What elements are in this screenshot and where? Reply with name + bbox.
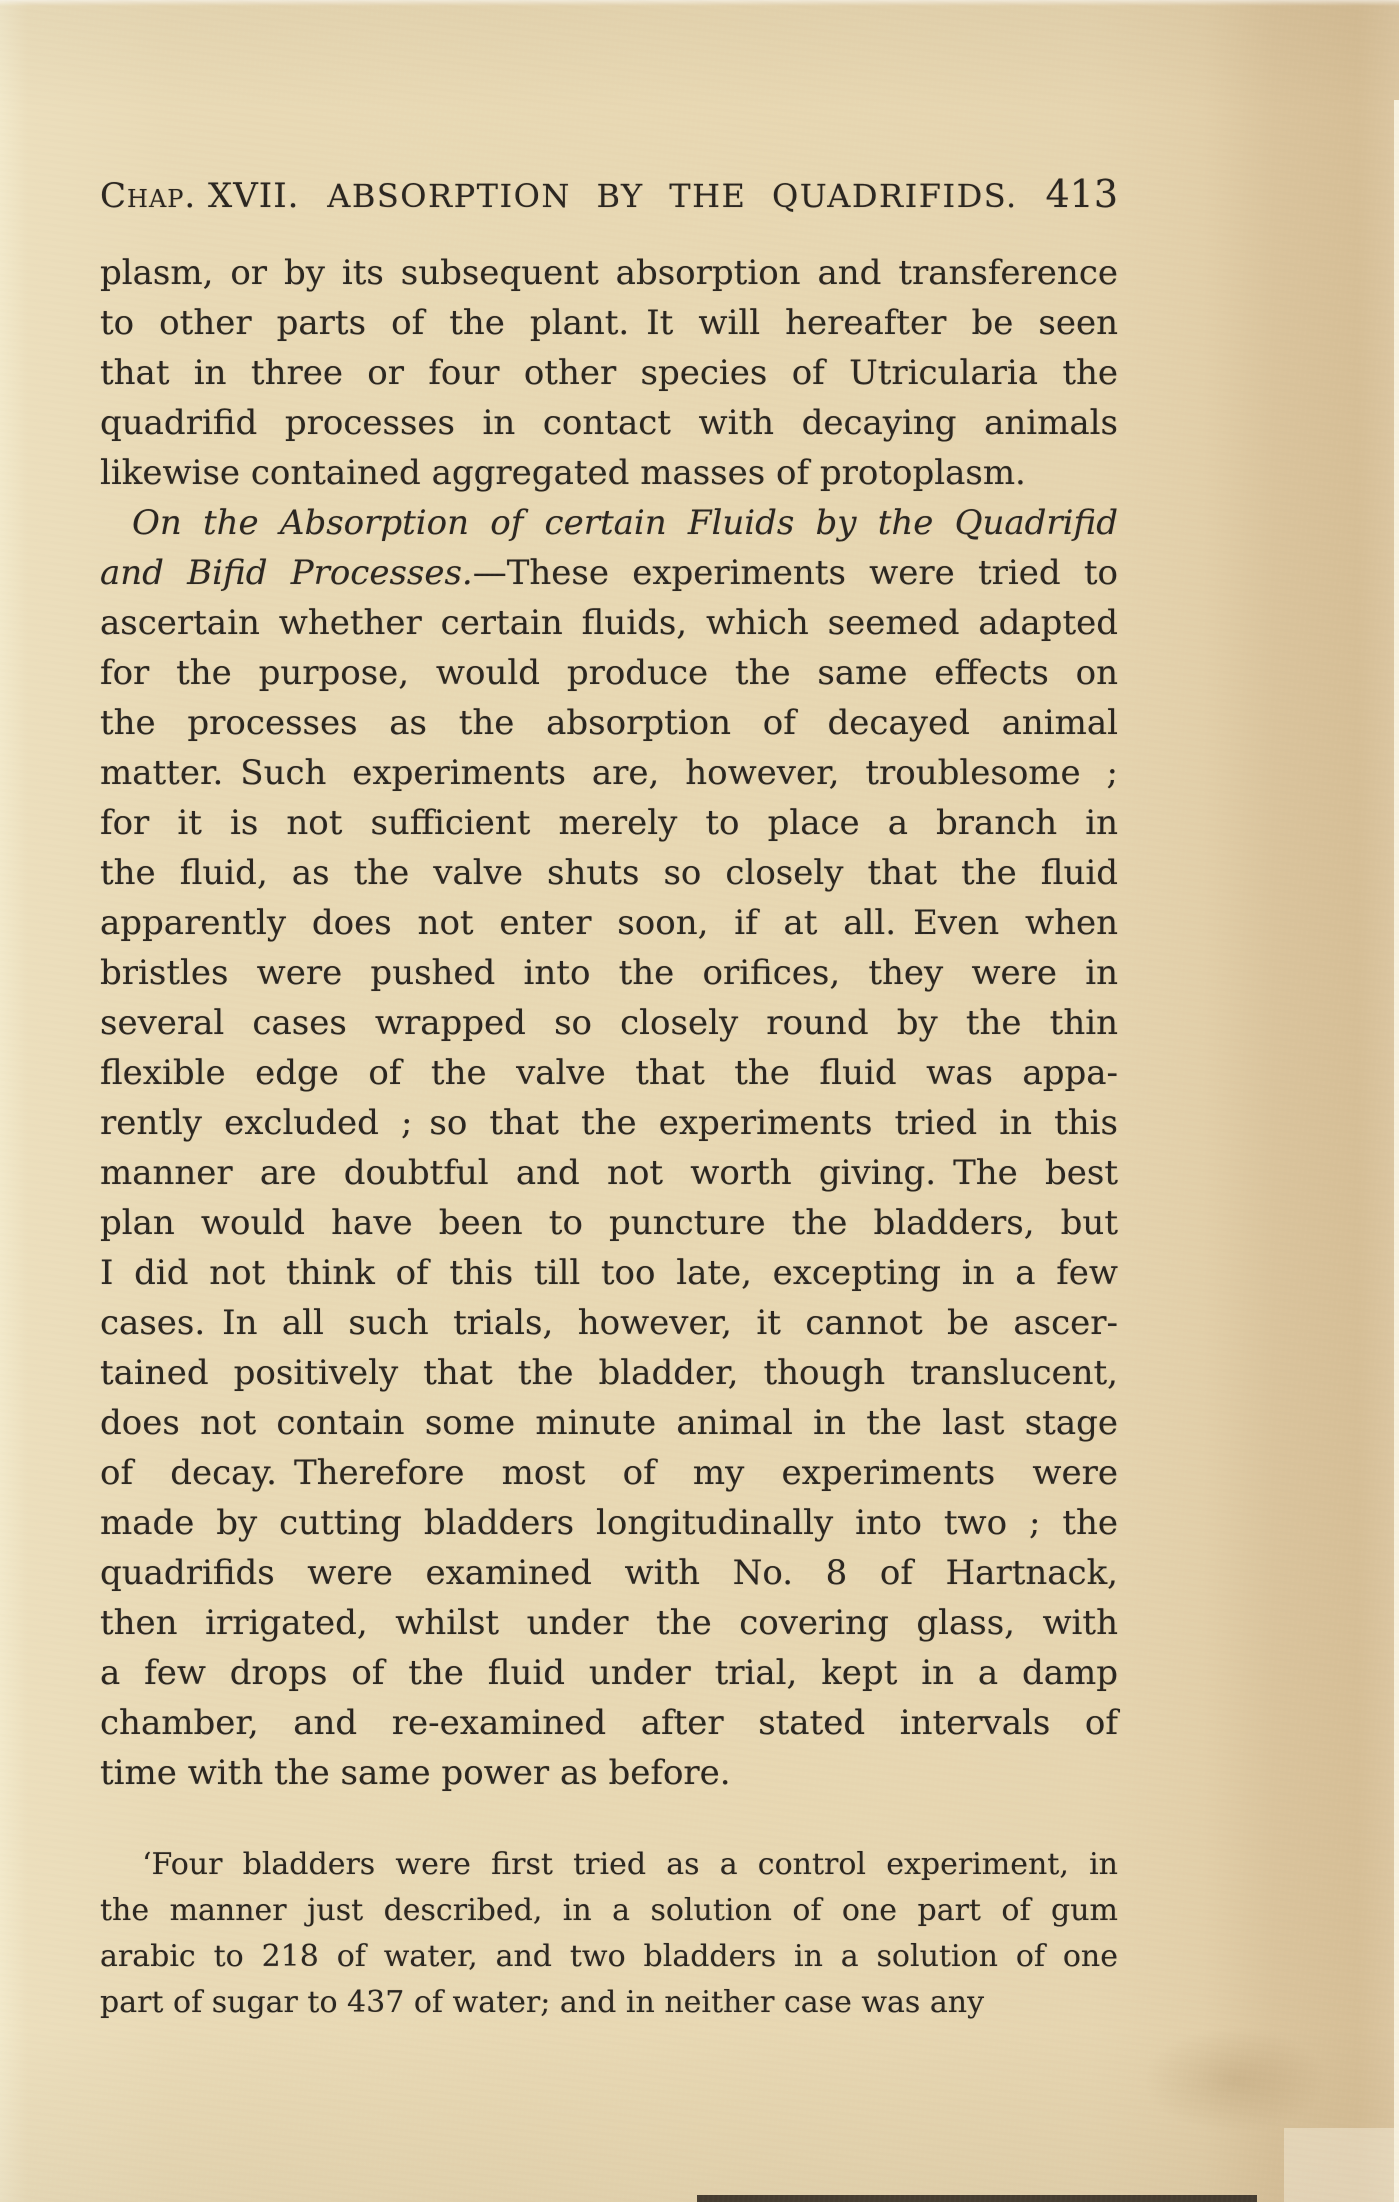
text-line: I did not think of this till too late, e… <box>100 1248 1118 1298</box>
text-line: flexible edge of the valve that the flui… <box>100 1048 1118 1098</box>
paragraph: plasm, or by its subsequent absorption a… <box>100 248 1118 498</box>
text-segment: the processes as the absorption of decay… <box>100 703 1118 743</box>
text-line: time with the same power as before. <box>100 1748 1118 1798</box>
text-segment: quadrifid processes in contact with deca… <box>100 403 1118 443</box>
book-page-scan: Chap. XVII. ABSORPTION BY THE QUADRIFIDS… <box>0 0 1399 2202</box>
text-segment: the manner just described, in a solution… <box>100 1893 1118 1928</box>
text-segment: ascertain whether certain fluids, which … <box>100 603 1118 643</box>
text-line: chamber, and re-examined after stated in… <box>100 1698 1118 1748</box>
text-line: quadrifid processes in contact with deca… <box>100 398 1118 448</box>
text-segment: manner are doubtful and not worth giving… <box>100 1153 1118 1193</box>
paragraph: ‘Four bladders were first tried as a con… <box>100 1842 1118 2026</box>
text-segment: I did not think of this till too late, e… <box>100 1253 1118 1293</box>
text-segment: rently excluded ; so that the experiment… <box>100 1103 1118 1143</box>
text-line: likewise contained aggregated masses of … <box>100 448 1118 498</box>
page-edge-highlight <box>1394 100 1399 2202</box>
text-segment: cases. In all such trials, however, it c… <box>100 1303 1118 1343</box>
text-line: and Bifid Processes.—These experiments w… <box>100 548 1118 598</box>
text-segment: the fluid, as the valve shuts so closely… <box>100 853 1118 893</box>
text-segment: flexible edge of the valve that the flui… <box>100 1053 1118 1093</box>
text-segment: time with the same power as before. <box>100 1753 731 1793</box>
text-line: manner are doubtful and not worth giving… <box>100 1148 1118 1198</box>
text-line: ascertain whether certain fluids, which … <box>100 598 1118 648</box>
text-line: tained positively that the bladder, thou… <box>100 1348 1118 1398</box>
text-segment: that in three or four other species of U… <box>100 353 1118 393</box>
text-segment: does not contain some minute animal in t… <box>100 1403 1118 1443</box>
text-segment: made by cutting bladders longitudinally … <box>100 1503 1118 1543</box>
text-line: On the Absorption of certain Fluids by t… <box>100 498 1118 548</box>
text-segment: a few drops of the fluid under trial, ke… <box>100 1653 1118 1693</box>
text-segment: to other parts of the plant. It will her… <box>100 303 1118 343</box>
text-line: arabic to 218 of water, and two bladders… <box>100 1934 1118 1980</box>
text-segment: matter. Such experiments are, however, t… <box>100 753 1118 793</box>
scan-edge-shadow <box>697 2195 1257 2202</box>
text-segment: several cases wrapped so closely round b… <box>100 1003 1118 1043</box>
text-line: of decay. Therefore most of my experimen… <box>100 1448 1118 1498</box>
page-header: Chap. XVII. ABSORPTION BY THE QUADRIFIDS… <box>100 172 1118 216</box>
text-segment: part of sugar to 437 of water; and in ne… <box>100 1985 984 2020</box>
text-line: for the purpose, would produce the same … <box>100 648 1118 698</box>
text-line: plasm, or by its subsequent absorption a… <box>100 248 1118 298</box>
text-line: ‘Four bladders were first tried as a con… <box>100 1842 1118 1888</box>
page-number: 413 <box>1045 172 1118 216</box>
italic-text: On the Absorption of certain Fluids by t… <box>132 503 1118 543</box>
text-line: the processes as the absorption of decay… <box>100 698 1118 748</box>
text-segment: for the purpose, would produce the same … <box>100 653 1118 693</box>
text-line: the fluid, as the valve shuts so closely… <box>100 848 1118 898</box>
text-segment: ‘Four bladders were first tried as a con… <box>142 1847 1118 1882</box>
text-segment: tained positively that the bladder, thou… <box>100 1353 1118 1393</box>
text-line: for it is not sufficient merely to place… <box>100 798 1118 848</box>
text-segment: —These experiments were tried to <box>473 553 1118 593</box>
text-line: part of sugar to 437 of water; and in ne… <box>100 1980 1118 2026</box>
text-segment: plan would have been to puncture the bla… <box>100 1203 1118 1243</box>
page-text: plasm, or by its subsequent absorption a… <box>100 248 1118 2026</box>
italic-text: and Bifid Processes. <box>100 553 473 593</box>
text-line: plan would have been to puncture the bla… <box>100 1198 1118 1248</box>
scan-bottom-corner <box>1284 2128 1399 2202</box>
text-segment: arabic to 218 of water, and two bladders… <box>100 1939 1118 1974</box>
text-line: quadrifids were examined with No. 8 of H… <box>100 1548 1118 1598</box>
text-segment: bristles were pushed into the orifices, … <box>100 953 1118 993</box>
text-segment: for it is not sufficient merely to place… <box>100 803 1118 843</box>
chapter-label: Chap. XVII. <box>100 176 299 216</box>
text-segment: then irrigated, whilst under the coverin… <box>100 1603 1118 1643</box>
text-line: made by cutting bladders longitudinally … <box>100 1498 1118 1548</box>
paragraph: On the Absorption of certain Fluids by t… <box>100 498 1118 1798</box>
text-segment: of decay. Therefore most of my experimen… <box>100 1453 1118 1493</box>
text-segment: quadrifids were examined with No. 8 of H… <box>100 1553 1118 1593</box>
text-line: matter. Such experiments are, however, t… <box>100 748 1118 798</box>
text-line: that in three or four other species of U… <box>100 348 1118 398</box>
text-segment: likewise contained aggregated masses of … <box>100 453 1026 493</box>
text-line: a few drops of the fluid under trial, ke… <box>100 1648 1118 1698</box>
text-line: rently excluded ; so that the experiment… <box>100 1098 1118 1148</box>
text-line: does not contain some minute animal in t… <box>100 1398 1118 1448</box>
text-segment: chamber, and re-examined after stated in… <box>100 1703 1118 1743</box>
text-line: apparently does not enter soon, if at al… <box>100 898 1118 948</box>
text-line: several cases wrapped so closely round b… <box>100 998 1118 1048</box>
text-line: to other parts of the plant. It will her… <box>100 298 1118 348</box>
text-segment: plasm, or by its subsequent absorption a… <box>100 253 1118 293</box>
text-line: bristles were pushed into the orifices, … <box>100 948 1118 998</box>
text-line: then irrigated, whilst under the coverin… <box>100 1598 1118 1648</box>
text-line: cases. In all such trials, however, it c… <box>100 1298 1118 1348</box>
running-title: ABSORPTION BY THE QUADRIFIDS. <box>299 177 1045 215</box>
text-segment: apparently does not enter soon, if at al… <box>100 903 1118 943</box>
text-line: the manner just described, in a solution… <box>100 1888 1118 1934</box>
